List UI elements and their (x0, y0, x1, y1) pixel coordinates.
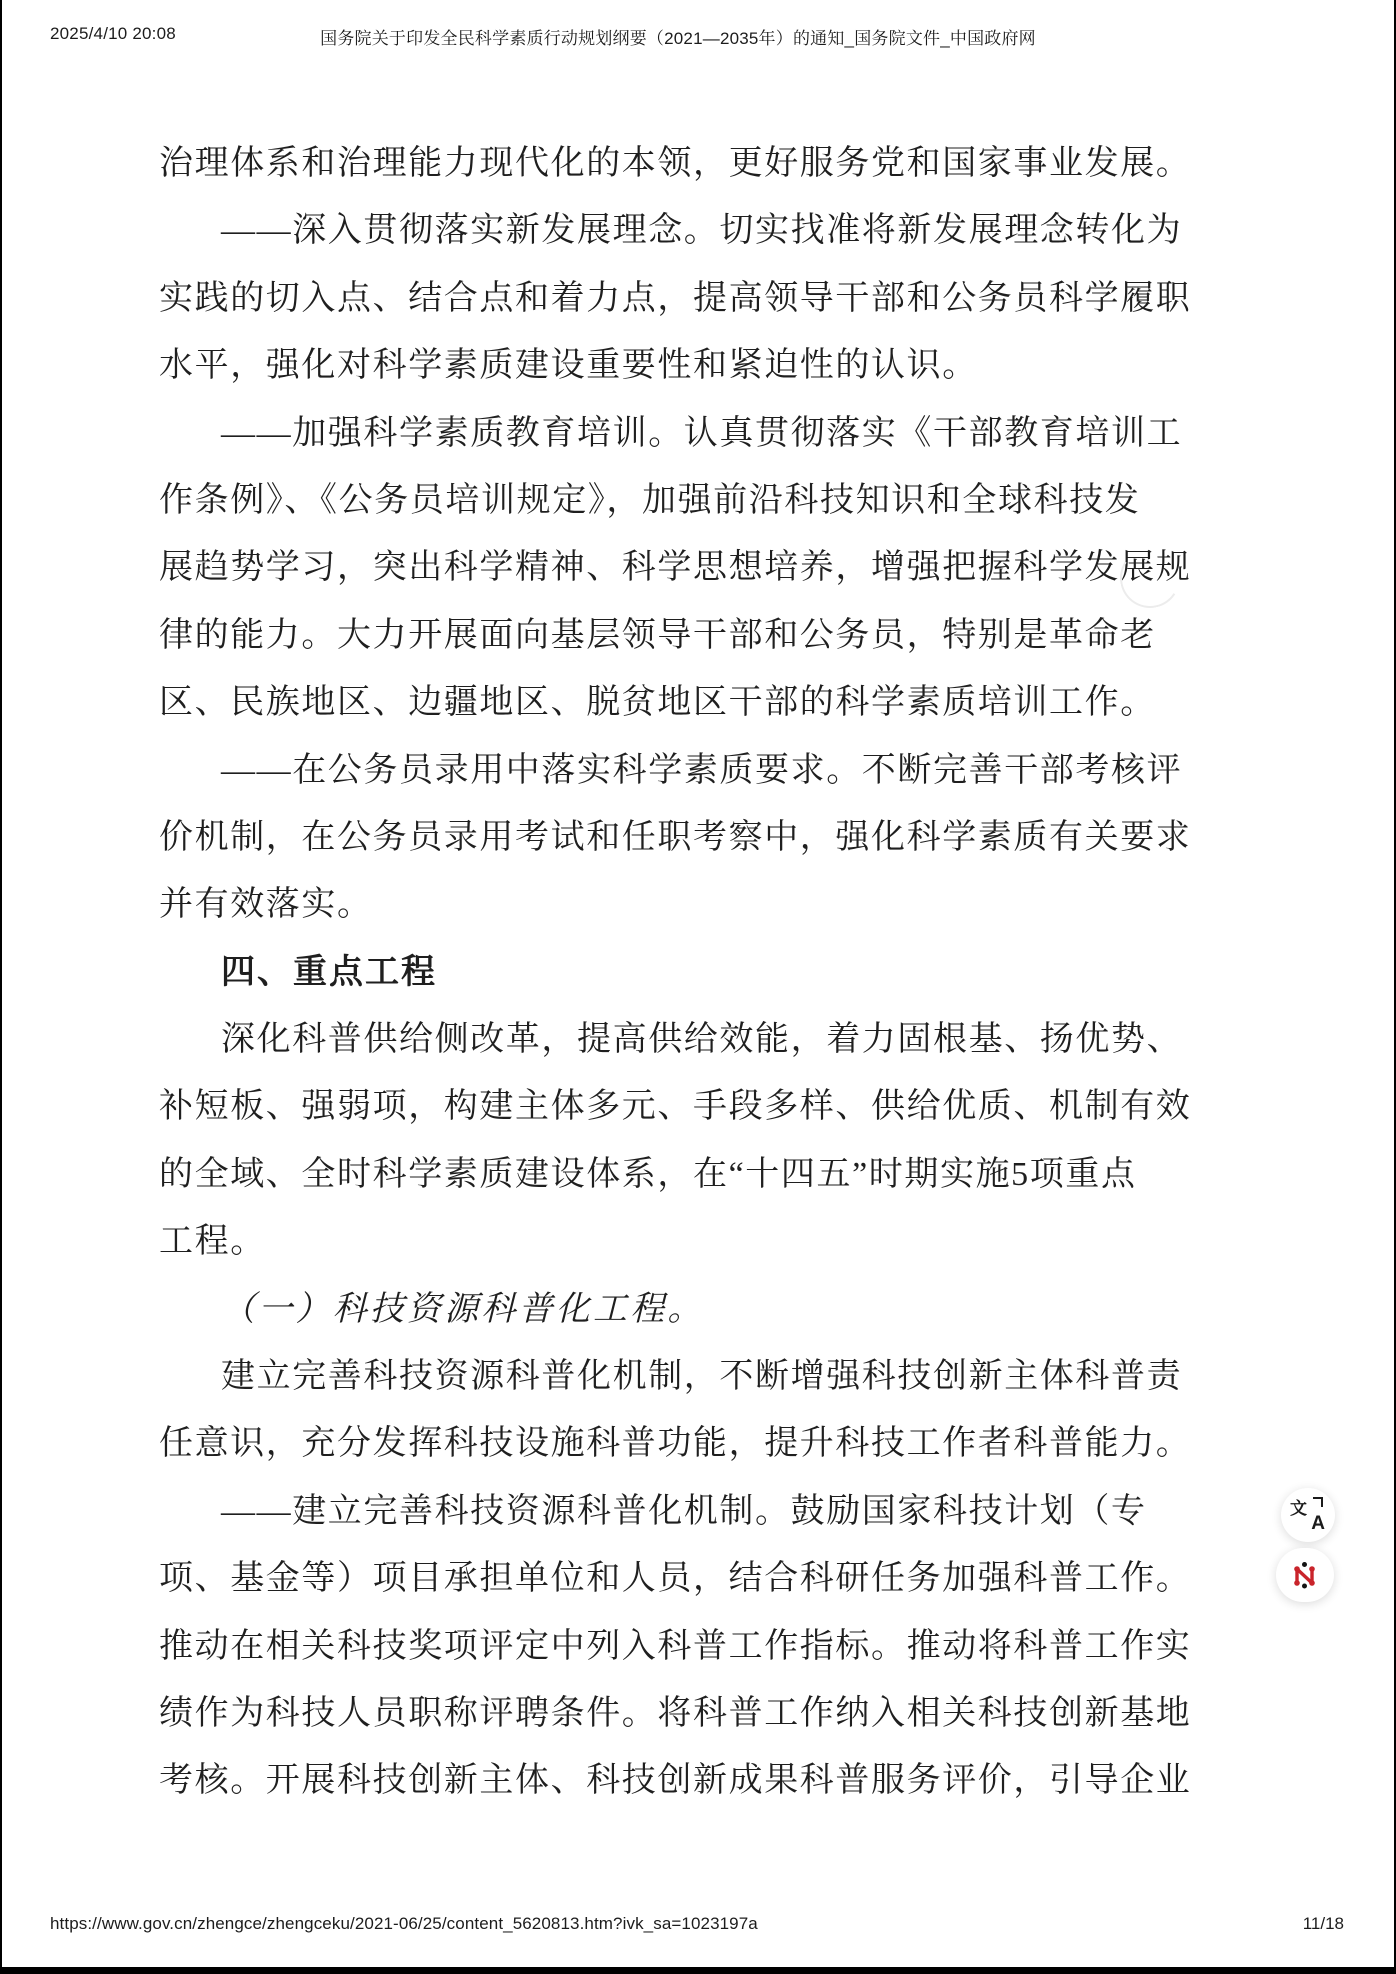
document-line-15: 补短板、强弱项，构建主体多元、手段多样、供给优质、机制有效 (159, 1073, 1219, 1140)
document-line-20: 任意识，充分发挥科技设施科普功能，提升科技工作者科普能力。 (159, 1410, 1219, 1477)
document-line-9: 区、民族地区、边疆地区、脱贫地区干部的科学素质培训工作。 (159, 669, 1219, 736)
document-line-2: ——深入贯彻落实新发展理念。切实找准将新发展理念转化为 (159, 197, 1219, 264)
page-title: 国务院关于印发全民科学素质行动规划纲要（2021—2035年）的通知_国务院文件… (202, 24, 1154, 49)
document-line-21: ——建立完善科技资源科普化机制。鼓励国家科技计划（专 (159, 1478, 1219, 1545)
document-line-23: 推动在相关科技奖项评定中列入科普工作指标。推动将科普工作实 (159, 1613, 1219, 1680)
translate-icon: 文 (1290, 1494, 1307, 1519)
network-n-icon (1290, 1560, 1320, 1590)
bottom-edge-bar (2, 1967, 1394, 1974)
document-line-24: 绩作为科技人员职称评聘条件。将科普工作纳入相关科技创新基地 (159, 1680, 1219, 1747)
document-line-6: 作条例》、《公务员培训规定》，加强前沿科技知识和全球科技发 (159, 467, 1219, 534)
translate-bracket-icon (1313, 1497, 1323, 1507)
document-line-14: 深化科普供给侧改革，提高供给效能，着力固根基、扬优势、 (159, 1006, 1219, 1073)
document-line-11: 价机制，在公务员录用考试和任职考察中，强化科学素质有关要求 (159, 804, 1219, 871)
document-line-19: 建立完善科技资源科普化机制，不断增强科技创新主体科普责 (159, 1343, 1219, 1410)
document-line-16: 的全域、全时科学素质建设体系，在“十四五”时期实施5项重点 (159, 1141, 1219, 1208)
document-line-7: 展趋势学习，突出科学精神、科学思想培养，增强把握科学发展规 (159, 534, 1219, 601)
print-datetime: 2025/4/10 20:08 (50, 24, 176, 44)
document-line-12: 并有效落实。 (159, 871, 1219, 938)
extension-button[interactable] (1276, 1548, 1334, 1602)
document-line-13: 四、重点工程 (159, 939, 1219, 1006)
print-page: 2025/4/10 20:08 国务院关于印发全民科学素质行动规划纲要（2021… (0, 0, 1396, 1974)
document-line-5: ——加强科学素质教育培训。认真贯彻落实《干部教育培训工 (159, 400, 1219, 467)
page-number: 11/18 (1303, 1914, 1344, 1934)
document-line-1: 治理体系和治理能力现代化的本领，更好服务党和国家事业发展。 (159, 130, 1219, 197)
document-line-10: ——在公务员录用中落实科学素质要求。不断完善干部考核评 (159, 737, 1219, 804)
document-line-25: 考核。开展科技创新主体、科技创新成果科普服务评价，引导企业 (159, 1747, 1219, 1814)
document-line-18: （一）科技资源科普化工程。 (159, 1276, 1219, 1343)
document-line-3: 实践的切入点、结合点和着力点，提高领导干部和公务员科学履职 (159, 265, 1219, 332)
document-line-4: 水平，强化对科学素质建设重要性和紧迫性的认识。 (159, 332, 1219, 399)
document-line-22: 项、基金等）项目承担单位和人员，结合科研任务加强科普工作。 (159, 1545, 1219, 1612)
translate-a-glyph: A (1311, 1513, 1325, 1535)
document-line-17: 工程。 (159, 1208, 1219, 1275)
document-body: 治理体系和治理能力现代化的本领，更好服务党和国家事业发展。——深入贯彻落实新发展… (159, 130, 1219, 1815)
source-url: https://www.gov.cn/zhengce/zhengceku/202… (50, 1914, 758, 1934)
document-line-8: 律的能力。大力开展面向基层领导干部和公务员，特别是革命老 (159, 602, 1219, 669)
print-header: 2025/4/10 20:08 国务院关于印发全民科学素质行动规划纲要（2021… (2, 24, 1394, 50)
print-footer: https://www.gov.cn/zhengce/zhengceku/202… (2, 1914, 1394, 1938)
translate-button[interactable]: 文 A (1281, 1488, 1335, 1542)
